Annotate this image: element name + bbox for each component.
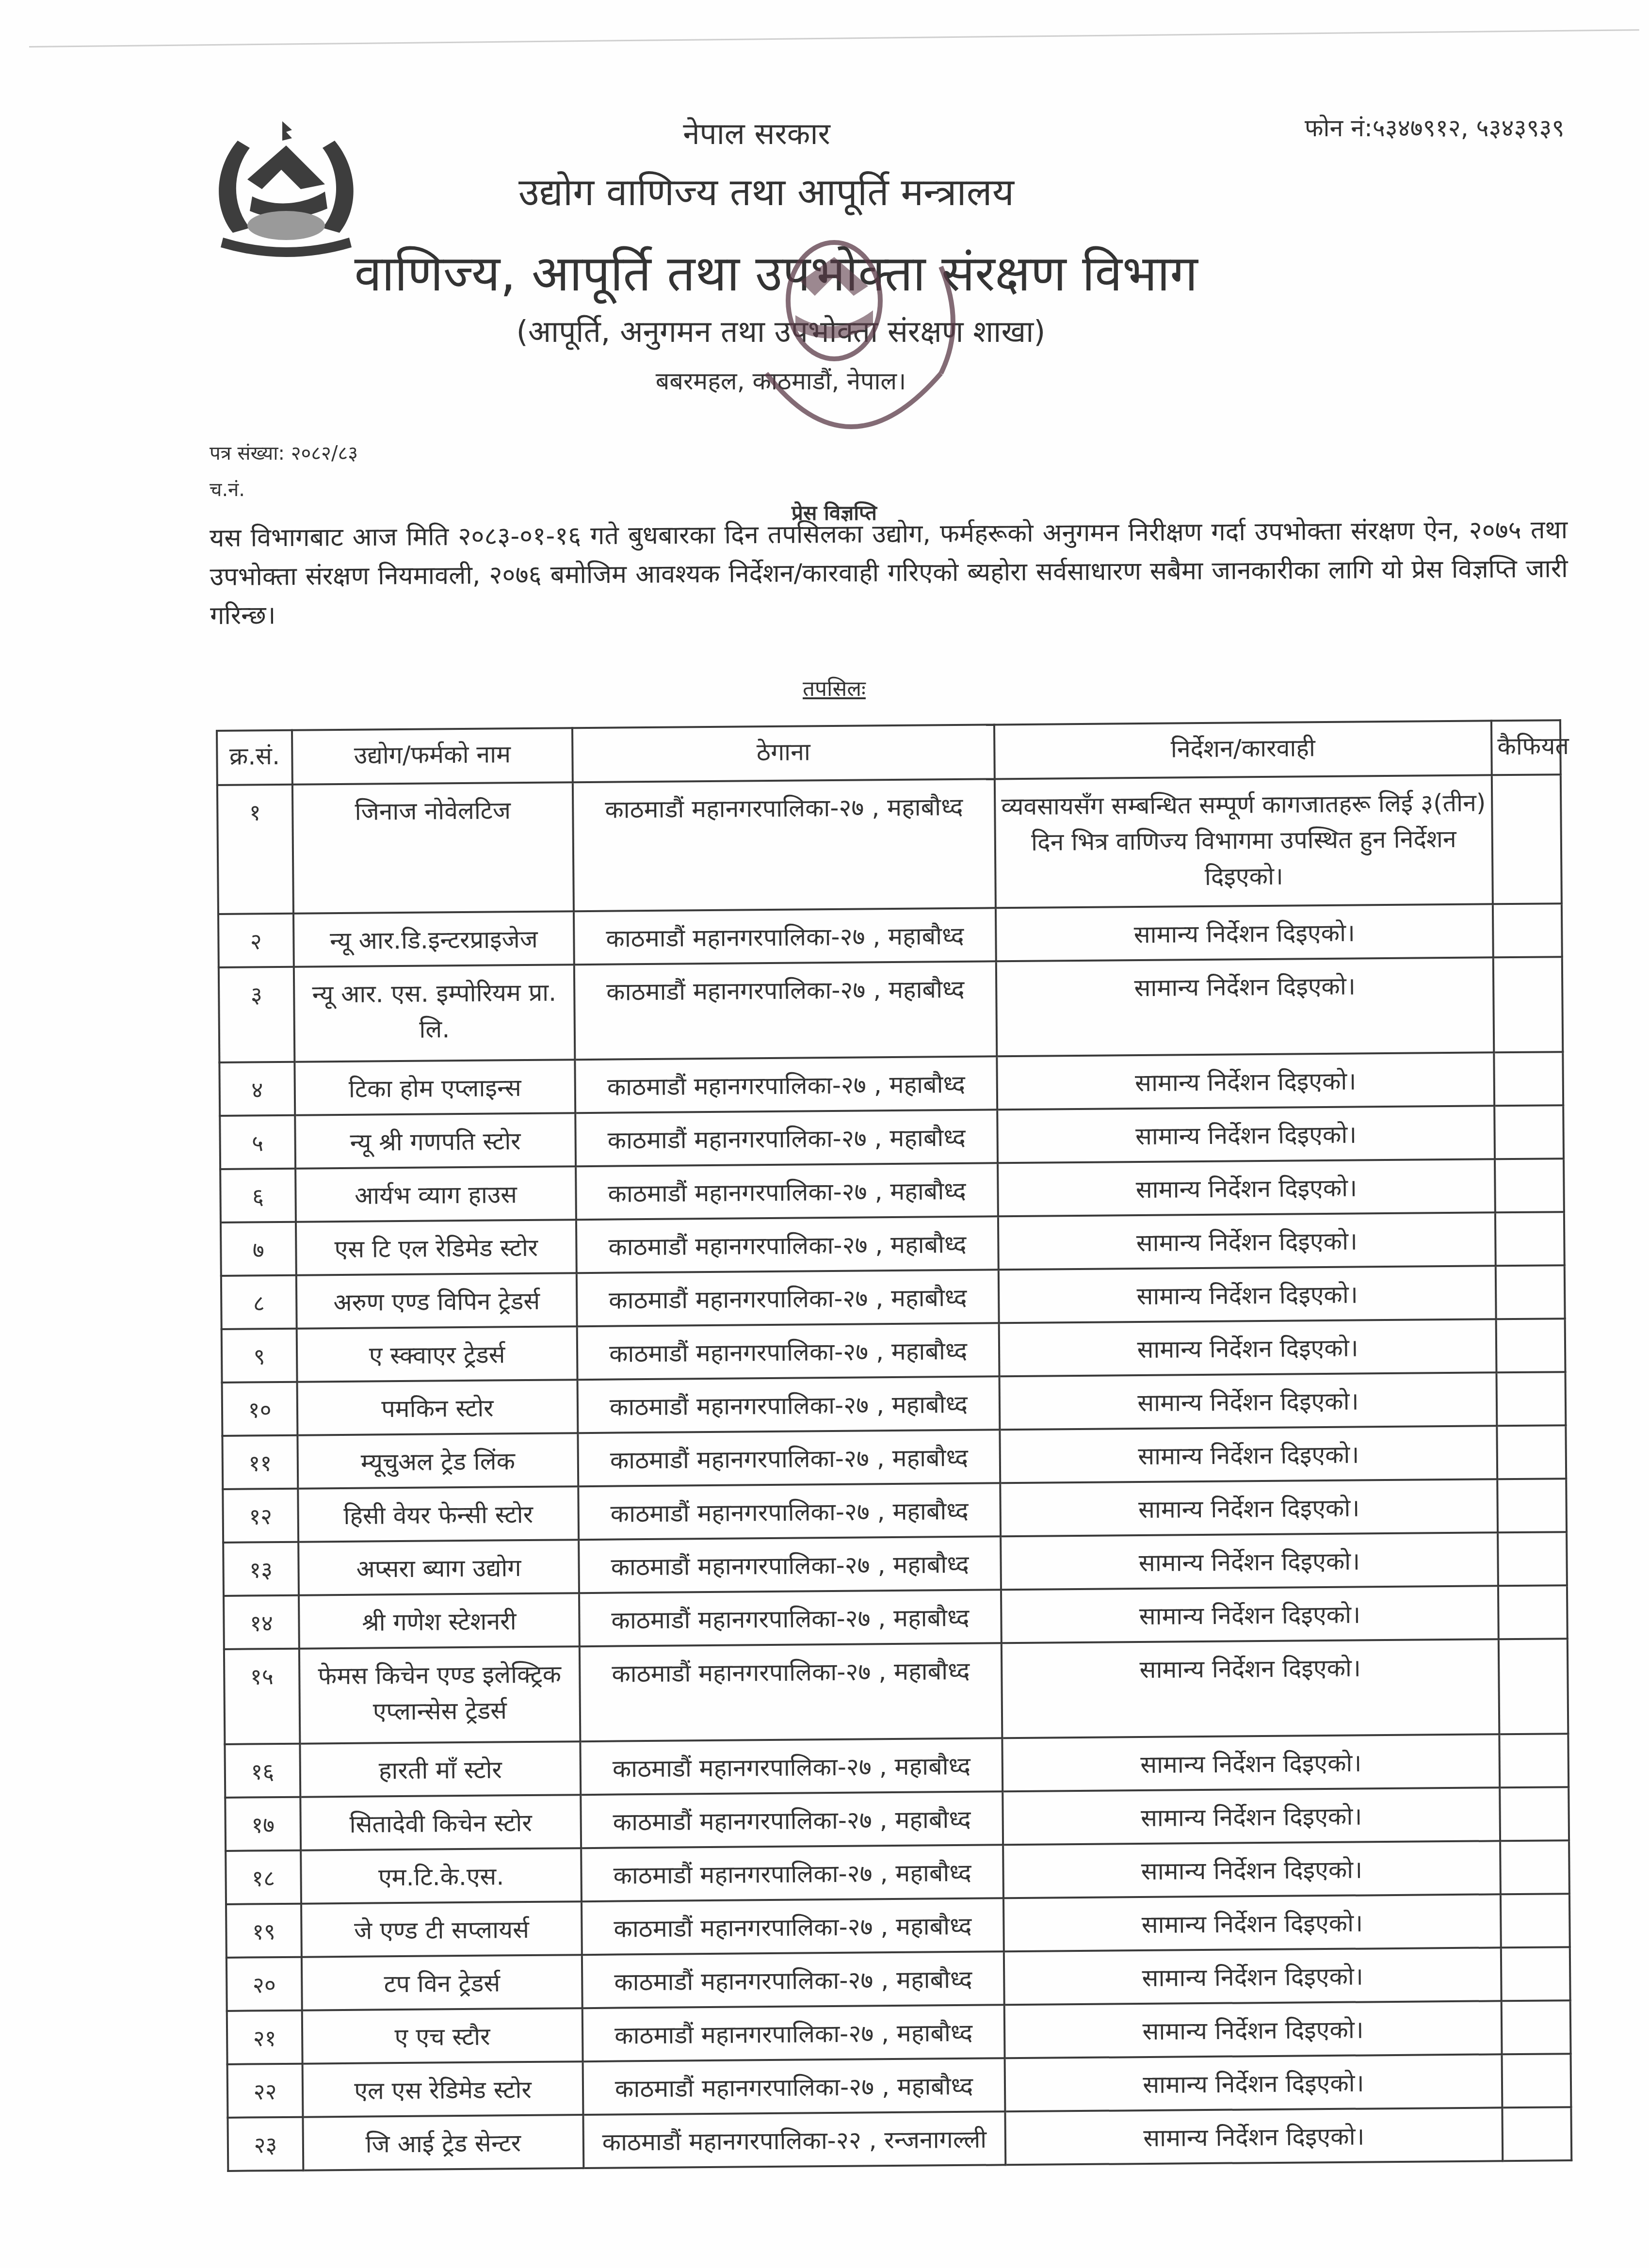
action-cell: सामान्य निर्देशन दिइएको।: [1004, 2001, 1502, 2058]
column-header-action: निर्देशन/कारवाही: [994, 721, 1492, 779]
table-row: ५न्यू श्री गणपति स्टोरकाठमाडौं महानगरपाल…: [220, 1105, 1564, 1169]
action-cell: सामान्य निर्देशन दिइएको।: [1000, 1479, 1498, 1536]
action-cell: सामान्य निर्देशन दिइएको।: [1003, 1894, 1501, 1951]
firm-name-cell: जि आई ट्रेड सेन्टर: [303, 2115, 583, 2171]
firm-name-cell: श्री गणेश स्टेशनरी: [299, 1593, 580, 1649]
serial-cell: ३: [219, 967, 295, 1062]
action-cell: सामान्य निर्देशन दिइएको।: [997, 1106, 1495, 1163]
address-cell: काठमाडौं महानगरपालिका-२७ , महाबौध्द: [583, 2058, 1005, 2115]
remarks-cell: [1496, 1319, 1566, 1372]
ministry-name: उद्योग वाणिज्य तथा आपूर्ति मन्त्रालय: [0, 165, 1591, 216]
serial-cell: ११: [222, 1435, 298, 1489]
address-cell: काठमाडौं महानगरपालिका-२७ , महाबौध्द: [573, 779, 996, 911]
press-release-body: यस विभागबाट आज मिति २०८३-०१-१६ गते बुधबा…: [210, 511, 1568, 635]
serial-cell: २१: [227, 2011, 303, 2064]
address-cell: काठमाडौं महानगरपालिका-२७ , महाबौध्द: [578, 1483, 1001, 1540]
address-cell: काठमाडौं महानगरपालिका-२७ , महाबौध्द: [579, 1590, 1002, 1646]
address-cell: काठमाडौं महानगरपालिका-२७ , महाबौध्द: [580, 1643, 1002, 1741]
action-cell: सामान्य निर्देशन दिइएको।: [1001, 1532, 1498, 1590]
remarks-cell: [1494, 1052, 1563, 1106]
table-row: ९ए स्क्वाएर ट्रेडर्सकाठमाडौं महानगरपालिक…: [222, 1319, 1566, 1383]
firm-name-cell: एल एस रेडिमेड स्टोर: [303, 2061, 583, 2117]
address-cell: काठमाडौं महानगरपालिका-२७ , महाबौध्द: [578, 1376, 1000, 1433]
table-row: १६हारती माँ स्टोरकाठमाडौं महानगरपालिका-२…: [225, 1734, 1568, 1798]
serial-cell: १५: [224, 1649, 300, 1744]
remarks-cell: [1493, 957, 1563, 1052]
address-cell: काठमाडौं महानगरपालिका-२७ , महाबौध्द: [577, 1323, 1000, 1380]
action-cell: सामान्य निर्देशन दिइएको।: [1002, 1734, 1500, 1791]
remarks-cell: [1498, 1532, 1567, 1586]
firm-name-cell: म्यूचुअल ट्रेड लिंक: [297, 1433, 578, 1489]
action-cell: सामान्य निर्देशन दिइएको।: [1004, 1947, 1502, 2005]
remarks-cell: [1499, 1734, 1568, 1787]
action-cell: सामान्य निर्देशन दिइएको।: [1001, 1586, 1499, 1643]
table-row: १३अप्सरा ब्याग उद्योगकाठमाडौं महानगरपालि…: [223, 1532, 1567, 1596]
table-row: २२एल एस रेडिमेड स्टोरकाठमाडौं महानगरपालि…: [227, 2054, 1571, 2118]
address-cell: काठमाडौं महानगरपालिका-२७ , महाबौध्द: [581, 1845, 1003, 1901]
remarks-cell: [1497, 1479, 1567, 1532]
column-header-serial: क्र.सं.: [217, 730, 292, 785]
serial-cell: ४: [219, 1062, 295, 1116]
table-header-row: क्र.सं. उद्योग/फर्मको नाम ठेगाना निर्देश…: [217, 720, 1561, 785]
action-cell: सामान्य निर्देशन दिइएको।: [999, 1319, 1497, 1376]
remarks-cell: [1493, 903, 1562, 957]
firm-name-cell: आर्यभ व्याग हाउस: [295, 1166, 576, 1222]
action-cell: सामान्य निर्देशन दिइएको।: [1002, 1787, 1500, 1845]
remarks-cell: [1500, 1787, 1569, 1841]
address-cell: काठमाडौं महानगरपालिका-२७ , महाबौध्द: [582, 1898, 1004, 1955]
column-header-address: ठेगाना: [572, 724, 995, 782]
address-cell: काठमाडौं महानगरपालिका-२७ , महाबौध्द: [580, 1738, 1002, 1795]
action-cell: सामान्य निर्देशन दिइएको।: [1000, 1426, 1497, 1483]
serial-cell: २२: [227, 2064, 303, 2118]
action-cell: व्यवसायसँग सम्बन्धित सम्पूर्ण कागजातहरू …: [995, 775, 1493, 908]
remarks-cell: [1496, 1265, 1565, 1319]
table-row: १४श्री गणेश स्टेशनरीकाठमाडौं महानगरपालिक…: [224, 1585, 1568, 1649]
serial-cell: ६: [220, 1169, 296, 1222]
details-heading: तपसिलः: [0, 673, 1649, 702]
action-cell: सामान्य निर्देशन दिइएको।: [998, 1159, 1495, 1216]
scan-edge-line: [29, 29, 1639, 48]
department-seal-icon: [737, 228, 970, 480]
serial-cell: ९: [222, 1329, 297, 1383]
remarks-cell: [1500, 1840, 1569, 1894]
firm-name-cell: एस टि एल रेडिमेड स्टोर: [296, 1220, 577, 1275]
column-header-firm-name: उद्योग/फर्मको नाम: [292, 728, 573, 785]
firm-name-cell: न्यू आर.डि.इन्टरप्राइजेज: [293, 911, 574, 967]
address-cell: काठमाडौं महानगरपालिका-२७ , महाबौध्द: [582, 1951, 1004, 2008]
serial-cell: १८: [226, 1850, 301, 1904]
remarks-cell: [1495, 1212, 1565, 1266]
remarks-cell: [1502, 2107, 1571, 2161]
address-cell: काठमाडौं महानगरपालिका-२७ , महाबौध्द: [581, 1791, 1003, 1848]
table-row: १२हिसी वेयर फेन्सी स्टोरकाठमाडौं महानगरप…: [223, 1479, 1567, 1543]
inspection-table: क्र.सं. उद्योग/फर्मको नाम ठेगाना निर्देश…: [216, 719, 1570, 2172]
column-header-remarks: कैफियत: [1491, 720, 1561, 775]
remarks-cell: [1495, 1158, 1564, 1212]
remarks-cell: [1497, 1425, 1566, 1479]
letter-number: पत्र संख्या: २०८२/८३: [210, 439, 358, 466]
table-row: २न्यू आर.डि.इन्टरप्राइजेजकाठमाडौं महानगर…: [218, 903, 1562, 967]
firm-name-cell: फेमस किचेन एण्ड इलेक्ट्रिक एप्लान्सेस ट्…: [299, 1646, 581, 1744]
action-cell: सामान्य निर्देशन दिइएको।: [1005, 2054, 1503, 2111]
serial-cell: १२: [223, 1489, 298, 1543]
serial-cell: १: [217, 785, 293, 914]
serial-cell: १७: [225, 1797, 301, 1851]
table-row: ४टिका होम एप्लाइन्सकाठमाडौं महानगरपालिका…: [219, 1052, 1563, 1116]
serial-cell: १३: [223, 1542, 299, 1596]
serial-cell: १०: [222, 1382, 298, 1436]
firm-name-cell: ए एच स्टौर: [302, 2008, 583, 2064]
table-row: ११म्यूचुअल ट्रेड लिंककाठमाडौं महानगरपालि…: [222, 1425, 1566, 1489]
action-cell: सामान्य निर्देशन दिइएको।: [1002, 1639, 1500, 1738]
action-cell: सामान्य निर्देशन दिइएको।: [1000, 1372, 1497, 1430]
action-cell: सामान्य निर्देशन दिइएको।: [1005, 2107, 1503, 2165]
address-cell: काठमाडौं महानगरपालिका-२७ , महाबौध्द: [578, 1430, 1000, 1486]
serial-cell: ७: [221, 1222, 296, 1276]
remarks-cell: [1496, 1372, 1566, 1426]
firm-name-cell: अरुण एण्ड विपिन ट्रेडर्स: [296, 1273, 577, 1329]
serial-cell: २३: [227, 2117, 303, 2171]
table-row: १८एम.टि.के.एस.काठमाडौं महानगरपालिका-२७ ,…: [226, 1840, 1569, 1904]
government-name: नेपाल सरकार: [0, 113, 1581, 153]
remarks-cell: [1494, 1105, 1564, 1159]
table-row: २०टप विन ट्रेडर्सकाठमाडौं महानगरपालिका-२…: [226, 1947, 1570, 2011]
table-row: ६आर्यभ व्याग हाउसकाठमाडौं महानगरपालिका-२…: [220, 1158, 1564, 1222]
table-row: १५फेमस किचेन एण्ड इलेक्ट्रिक एप्लान्सेस …: [224, 1639, 1568, 1744]
firm-name-cell: एम.टि.के.एस.: [301, 1848, 582, 1904]
firm-name-cell: सितादेवी किचेन स्टोर: [300, 1795, 581, 1850]
remarks-cell: [1501, 1947, 1570, 2001]
remarks-cell: [1492, 774, 1562, 904]
action-cell: सामान्य निर्देशन दिइएको।: [996, 904, 1493, 961]
firm-name-cell: जे एण्ड टी सप्लायर्स: [301, 1901, 582, 1957]
serial-cell: १९: [226, 1904, 302, 1958]
firm-name-cell: पमकिन स्टोर: [297, 1380, 578, 1435]
address-cell: काठमाडौं महानगरपालिका-२७ , महाबौध्द: [579, 1536, 1001, 1593]
table-row: ७एस टि एल रेडिमेड स्टोरकाठमाडौं महानगरपा…: [221, 1212, 1565, 1276]
firm-name-cell: हिसी वेयर फेन्सी स्टोर: [298, 1486, 579, 1542]
table-row: १९जे एण्ड टी सप्लायर्सकाठमाडौं महानगरपाल…: [226, 1894, 1570, 1958]
firm-name-cell: न्यू श्री गणपति स्टोर: [295, 1113, 576, 1169]
address-cell: काठमाडौं महानगरपालिका-२७ , महाबौध्द: [574, 908, 996, 965]
firm-name-cell: टप विन ट्रेडर्स: [302, 1955, 582, 2011]
table-row: १०पमकिन स्टोरकाठमाडौं महानगरपालिका-२७ , …: [222, 1372, 1566, 1436]
action-cell: सामान्य निर्देशन दिइएको।: [999, 1266, 1496, 1323]
serial-cell: २०: [226, 1957, 302, 2011]
table-row: १जिनाज नोवेलटिजकाठमाडौं महानगरपालिका-२७ …: [217, 774, 1562, 914]
firm-name-cell: ए स्क्वाएर ट्रेडर्स: [297, 1326, 578, 1382]
dispatch-number: च.नं.: [210, 475, 245, 502]
firm-name-cell: अप्सरा ब्याग उद्योग: [298, 1540, 579, 1595]
serial-cell: ५: [220, 1115, 295, 1169]
table-row: २१ए एच स्टौरकाठमाडौं महानगरपालिका-२७ , म…: [227, 2000, 1571, 2064]
remarks-cell: [1502, 2000, 1571, 2054]
address-cell: काठमाडौं महानगरपालिका-२७ , महाबौध्द: [582, 2005, 1005, 2061]
address-cell: काठमाडौं महानगरपालिका-२७ , महाबौध्द: [576, 1163, 998, 1220]
firm-name-cell: हारती माँ स्टोर: [300, 1741, 581, 1797]
address-cell: काठमाडौं महानगरपालिका-२७ , महाबौध्द: [574, 961, 997, 1060]
action-cell: सामान्य निर्देशन दिइएको।: [997, 1052, 1494, 1110]
remarks-cell: [1501, 1894, 1570, 1947]
address-cell: काठमाडौं महानगरपालिका-२२ , रन्जनागल्ली: [583, 2111, 1005, 2168]
action-cell: सामान्य निर्देशन दिइएको।: [996, 957, 1494, 1056]
address-cell: काठमाडौं महानगरपालिका-२७ , महाबौध्द: [576, 1216, 999, 1273]
address-cell: काठमाडौं महानगरपालिका-२७ , महाबौध्द: [577, 1270, 999, 1326]
firm-name-cell: जिनाज नोवेलटिज: [292, 782, 574, 914]
document-page: फोन नं:५३४७९१२, ५३४३९३९ नेपाल सरकार उद्य…: [0, 0, 1649, 2268]
action-cell: सामान्य निर्देशन दिइएको।: [998, 1212, 1496, 1270]
action-cell: सामान्य निर्देशन दिइएको।: [1003, 1841, 1501, 1898]
serial-cell: ८: [221, 1275, 297, 1329]
table-row: ८अरुण एण्ड विपिन ट्रेडर्सकाठमाडौं महानगर…: [221, 1265, 1565, 1329]
serial-cell: २: [218, 914, 294, 967]
remarks-cell: [1498, 1585, 1568, 1639]
serial-cell: १४: [224, 1595, 299, 1649]
table-row: ३न्यू आर. एस. इम्पोरियम प्रा. लि.काठमाडौ…: [219, 957, 1563, 1062]
table-row: १७सितादेवी किचेन स्टोरकाठमाडौं महानगरपाल…: [225, 1787, 1569, 1851]
table-row: २३जि आई ट्रेड सेन्टरकाठमाडौं महानगरपालिक…: [227, 2107, 1571, 2171]
firm-name-cell: टिका होम एप्लाइन्स: [294, 1060, 575, 1115]
serial-cell: १६: [225, 1744, 300, 1798]
address-cell: काठमाडौं महानगरपालिका-२७ , महाबौध्द: [575, 1056, 997, 1113]
firm-name-cell: न्यू आर. एस. इम्पोरियम प्रा. लि.: [294, 965, 575, 1062]
remarks-cell: [1499, 1639, 1568, 1734]
remarks-cell: [1502, 2054, 1571, 2107]
address-cell: काठमाडौं महानगरपालिका-२७ , महाबौध्द: [575, 1110, 998, 1166]
